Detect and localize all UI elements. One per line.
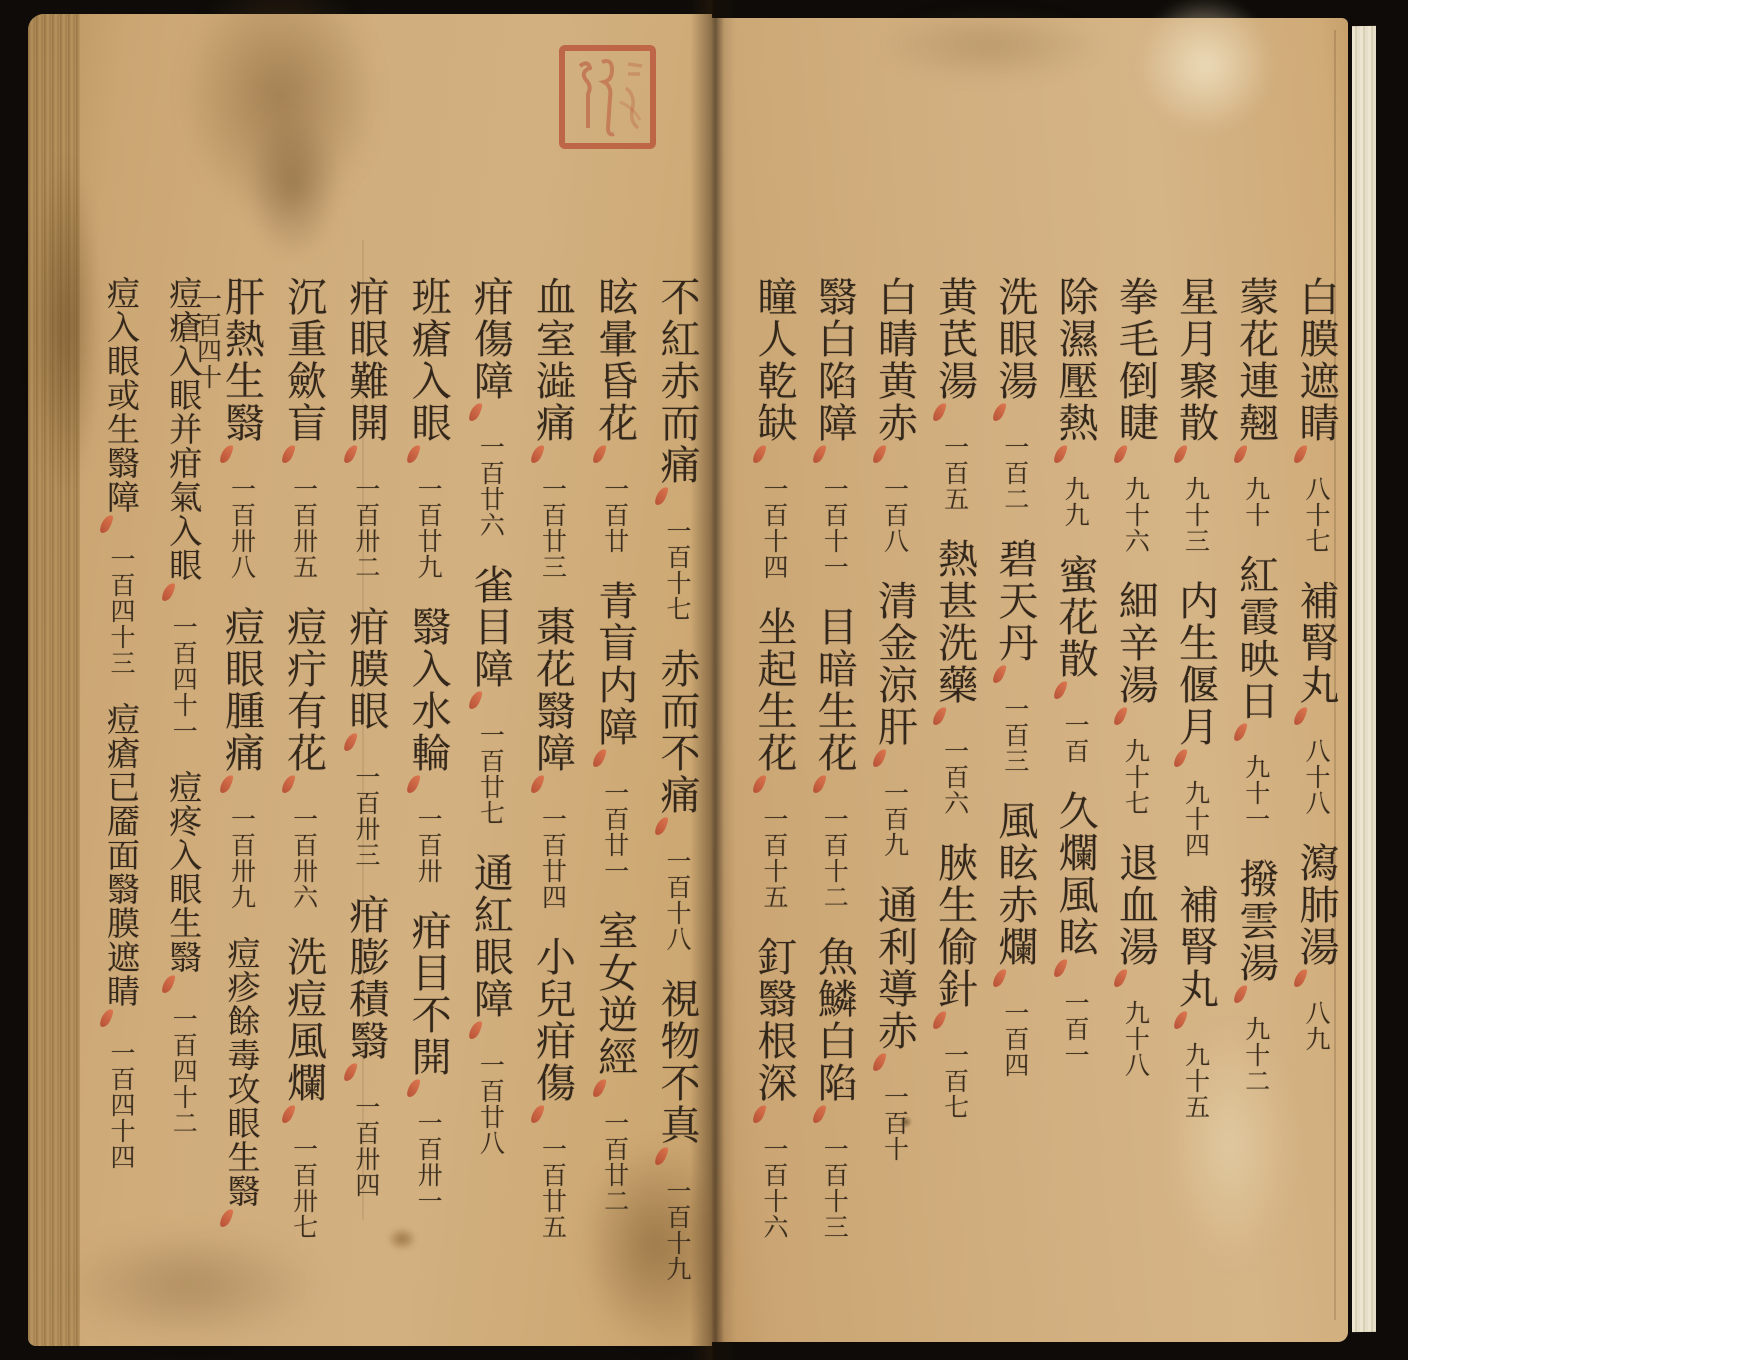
toc-entry-title: 視物不真 [656, 978, 698, 1146]
toc-entry-page-number: 一百廿七 [477, 722, 503, 826]
vermilion-mark-icon [1172, 443, 1189, 465]
vermilion-mark-icon [871, 747, 888, 769]
toc-entry-title: 白睛黄赤 [873, 276, 915, 444]
text-column: 蒙花連翹九十紅霞映日九十一撥雲湯九十二 [1219, 276, 1277, 1356]
toc-entry-title: 棗花翳障 [532, 606, 574, 774]
toc-entry-title: 翳入水輪 [407, 606, 449, 774]
toc-entry-title: 痘瘡已靥面翳膜遮睛 [104, 702, 138, 1008]
toc-entry-page-number: 一百五 [942, 434, 968, 512]
vermilion-mark-icon [1293, 967, 1310, 989]
vermilion-mark-icon [342, 443, 359, 465]
vermilion-mark-icon [1172, 1009, 1189, 1031]
toc-entry-page-number: 九九 [1062, 476, 1088, 528]
vermilion-mark-icon [160, 973, 177, 995]
toc-entry-title: 洗痘風爛 [283, 936, 325, 1104]
vermilion-mark-icon [1112, 705, 1129, 727]
toc-entry-title: 疳目不開 [407, 910, 449, 1078]
toc-entry-page-number: 一百卅二 [353, 476, 379, 580]
toc-entry-page-number: 一百卅八 [228, 476, 254, 580]
toc-entry-title: 補腎丸 [1175, 884, 1217, 1010]
vermilion-mark-icon [342, 731, 359, 753]
toc-entry-title: 班瘡入眼 [407, 276, 449, 444]
vermilion-mark-icon [811, 443, 828, 465]
toc-entry-title: 除濕壓熱 [1054, 276, 1096, 444]
toc-entry-page-number: 九十四 [1183, 780, 1209, 858]
toc-entry-title: 疳膜眼 [345, 606, 387, 732]
vermilion-mark-icon [1293, 443, 1310, 465]
toc-entry-title: 釘翳根深 [753, 936, 795, 1104]
vermilion-mark-icon [654, 485, 671, 507]
toc-entry-title: 魚鱗白陷 [813, 936, 855, 1104]
toc-entry-title: 痘眼腫痛 [220, 606, 262, 774]
toc-entry-page-number: 九十八 [1122, 1000, 1148, 1078]
vermilion-mark-icon [591, 747, 608, 769]
vermilion-mark-icon [467, 689, 484, 711]
toc-entry-title: 通紅眼障 [469, 852, 511, 1020]
vermilion-mark-icon [1052, 679, 1069, 701]
vermilion-mark-icon [1172, 747, 1189, 769]
vermilion-mark-icon [405, 773, 422, 795]
toc-entry-page-number: 一百十五 [761, 806, 787, 910]
toc-entry-page-number: 一百卅四 [353, 1094, 379, 1198]
toc-entry-page-number: 九十三 [1183, 476, 1209, 554]
toc-entry-page-number: 一百十一 [821, 476, 847, 580]
vermilion-mark-icon [811, 1103, 828, 1125]
red-collector-seal-icon [558, 44, 657, 150]
text-column: 班瘡入眼一百廿九翳入水輪一百卅疳目不開一百卅一 [391, 276, 449, 1356]
toc-entry-page-number: 九十二 [1243, 1016, 1269, 1094]
vermilion-mark-icon [405, 1077, 422, 1099]
text-column: 血室澁痛一百廿三棗花翳障一百廿四小兒疳傷一百廿五 [516, 276, 574, 1356]
vermilion-mark-icon [98, 1007, 115, 1029]
toc-entry-page-number: 一百 [1062, 712, 1088, 764]
vermilion-mark-icon [1052, 443, 1069, 465]
toc-entry-title: 痘疹餘毒攻眼生翳 [224, 936, 258, 1208]
toc-entry-page-number: 九十六 [1122, 476, 1148, 554]
toc-entry-page-number: 九十七 [1122, 738, 1148, 816]
vermilion-mark-icon [467, 1019, 484, 1041]
vermilion-mark-icon [529, 443, 546, 465]
text-column: 白膜遮睛八十七補腎丸八十八瀉肺湯八九 [1279, 276, 1337, 1356]
text-column: 疳傷障一百廿六雀目障一百廿七通紅眼障一百廿八 [453, 276, 511, 1356]
vermilion-mark-icon [991, 967, 1008, 989]
vermilion-mark-icon [405, 443, 422, 465]
right-page-toc-columns: 白膜遮睛八十七補腎丸八十八瀉肺湯八九蒙花連翹九十紅霞映日九十一撥雲湯九十二星月聚… [737, 276, 1337, 1356]
toc-entry-page-number: 一百十二 [821, 806, 847, 910]
toc-entry-title: 脥生偷針 [934, 842, 976, 1010]
text-column: 肝熱生翳一百卅八痘眼腫痛一百卅九痘疹餘毒攻眼生翳一百四十 [204, 276, 262, 1356]
toc-entry-page-number: 一百四十 [194, 286, 220, 390]
toc-entry-title: 眩暈昏花 [594, 276, 636, 444]
vermilion-mark-icon [218, 1207, 235, 1229]
vermilion-mark-icon [751, 773, 768, 795]
toc-entry-page-number: 一百十九 [664, 1178, 690, 1282]
toc-entry-page-number: 一百十四 [761, 476, 787, 580]
toc-entry-title: 坐起生花 [753, 606, 795, 774]
toc-entry-page-number: 八九 [1303, 1000, 1329, 1052]
toc-entry-page-number: 一百廿二 [602, 1110, 628, 1214]
toc-entry-page-number: 八十七 [1303, 476, 1329, 554]
toc-entry-title: 沉重歛盲 [283, 276, 325, 444]
vermilion-mark-icon [991, 401, 1008, 423]
vermilion-mark-icon [871, 1051, 888, 1073]
toc-entry-title: 室女逆經 [594, 910, 636, 1078]
vermilion-mark-icon [811, 773, 828, 795]
vermilion-mark-icon [931, 705, 948, 727]
toc-entry-title: 痘入眼或生翳障 [104, 276, 138, 514]
toc-entry-title: 疳傷障 [469, 276, 511, 402]
toc-entry-title: 洗眼湯 [994, 276, 1036, 402]
text-column: 洗眼湯一百二碧天丹一百三風眩赤爛一百四 [978, 276, 1036, 1356]
toc-entry-title: 肝熱生翳 [220, 276, 262, 444]
toc-entry-page-number: 一百廿 [602, 476, 628, 554]
vermilion-mark-icon [529, 773, 546, 795]
toc-entry-page-number: 一百卅一 [415, 1110, 441, 1214]
book-scan-photo: 白膜遮睛八十七補腎丸八十八瀉肺湯八九蒙花連翹九十紅霞映日九十一撥雲湯九十二星月聚… [0, 0, 1408, 1360]
text-column: 眩暈昏花一百廿青盲内障一百廿一室女逆經一百廿二 [578, 276, 636, 1356]
toc-entry-title: 清金涼肝 [873, 580, 915, 748]
left-page-toc-columns: 不紅赤而痛一百十七赤而不痛一百十八視物不真一百十九眩暈昏花一百廿青盲内障一百廿一… [80, 276, 698, 1356]
vermilion-mark-icon [751, 1103, 768, 1125]
vermilion-mark-icon [218, 443, 235, 465]
vermilion-mark-icon [467, 401, 484, 423]
vermilion-mark-icon [1293, 705, 1310, 727]
toc-entry-page-number: 一百四十四 [108, 1040, 134, 1170]
vermilion-mark-icon [218, 773, 235, 795]
toc-entry-title: 痘疔有花 [283, 606, 325, 774]
vermilion-mark-icon [280, 443, 297, 465]
toc-entry-title: 赤而不痛 [656, 648, 698, 816]
toc-entry-title: 紅霞映日 [1235, 554, 1277, 722]
text-column: 不紅赤而痛一百十七赤而不痛一百十八視物不真一百十九 [640, 276, 698, 1356]
toc-entry-title: 白膜遮睛 [1295, 276, 1337, 444]
toc-entry-title: 血室澁痛 [532, 276, 574, 444]
vermilion-mark-icon [591, 443, 608, 465]
toc-entry-title: 蜜花散 [1054, 554, 1096, 680]
toc-entry-title: 黄芪湯 [934, 276, 976, 402]
toc-entry-page-number: 一百廿五 [540, 1136, 566, 1240]
toc-entry-page-number: 一百十七 [664, 518, 690, 622]
toc-entry-page-number: 一百九 [881, 780, 907, 858]
toc-entry-page-number: 一百一 [1062, 990, 1088, 1068]
page-stack-fore-edge [28, 14, 80, 1346]
toc-entry-page-number: 九十一 [1243, 754, 1269, 832]
text-column: 拳毛倒睫九十六細辛湯九十七退血湯九十八 [1098, 276, 1156, 1356]
text-column: 除濕壓熱九九蜜花散一百久爛風眩一百一 [1038, 276, 1096, 1356]
toc-entry-title: 久爛風眩 [1054, 790, 1096, 958]
toc-entry-page-number: 一百卅七 [291, 1136, 317, 1240]
vermilion-mark-icon [1232, 443, 1249, 465]
vermilion-mark-icon [280, 1103, 297, 1125]
vermilion-mark-icon [280, 773, 297, 795]
toc-entry-title: 退血湯 [1114, 842, 1156, 968]
toc-entry-title: 目暗生花 [813, 606, 855, 774]
vermilion-mark-icon [1232, 721, 1249, 743]
vermilion-mark-icon [1052, 957, 1069, 979]
toc-entry-title: 拳毛倒睫 [1114, 276, 1156, 444]
toc-entry-page-number: 一百十 [881, 1084, 907, 1162]
text-column: 星月聚散九十三内生偃月九十四補腎丸九十五 [1159, 276, 1217, 1356]
toc-entry-title: 不紅赤而痛 [656, 276, 698, 486]
vermilion-mark-icon [591, 1077, 608, 1099]
toc-entry-page-number: 八十八 [1303, 738, 1329, 816]
toc-entry-title: 雀目障 [469, 564, 511, 690]
vermilion-mark-icon [342, 1061, 359, 1083]
toc-entry-title: 風眩赤爛 [994, 800, 1036, 968]
vermilion-mark-icon [931, 401, 948, 423]
toc-entry-title: 内生偃月 [1175, 580, 1217, 748]
text-column: 痘入眼或生翳障一百四十三痘瘡已靥面翳膜遮睛一百四十四 [80, 276, 138, 1356]
toc-entry-page-number: 一百四 [1002, 1000, 1028, 1078]
vermilion-mark-icon [1232, 983, 1249, 1005]
toc-entry-page-number: 一百十三 [821, 1136, 847, 1240]
text-column: 痘瘡入眼并疳氣入眼一百四十一痘疼入眼生翳一百四十二 [142, 276, 200, 1356]
vermilion-mark-icon [654, 815, 671, 837]
toc-entry-title: 通利導赤 [873, 884, 915, 1052]
vermilion-mark-icon [751, 443, 768, 465]
toc-entry-title: 熱甚洗藥 [934, 538, 976, 706]
vermilion-mark-icon [871, 443, 888, 465]
toc-entry-title: 瞳人乾缺 [753, 276, 795, 444]
text-column: 瞳人乾缺一百十四坐起生花一百十五釘翳根深一百十六 [737, 276, 795, 1356]
toc-entry-page-number: 一百廿九 [415, 476, 441, 580]
vermilion-mark-icon [1112, 967, 1129, 989]
toc-entry-page-number: 一百卅六 [291, 806, 317, 910]
vermilion-mark-icon [529, 1103, 546, 1125]
toc-entry-title: 疳膨積翳 [345, 894, 387, 1062]
vermilion-mark-icon [98, 513, 115, 535]
vermilion-mark-icon [931, 1009, 948, 1031]
toc-entry-page-number: 一百四十二 [170, 1006, 196, 1136]
toc-entry-title: 星月聚散 [1175, 276, 1217, 444]
toc-entry-page-number: 一百六 [942, 738, 968, 816]
toc-entry-page-number: 一百四十一 [170, 614, 196, 744]
vermilion-mark-icon [1112, 443, 1129, 465]
toc-entry-page-number: 九十 [1243, 476, 1269, 528]
toc-entry-page-number: 一百七 [942, 1042, 968, 1120]
toc-entry-page-number: 一百卅三 [353, 764, 379, 868]
toc-entry-title: 小兒疳傷 [532, 936, 574, 1104]
toc-entry-title: 青盲内障 [594, 580, 636, 748]
toc-entry-page-number: 一百四十三 [108, 546, 134, 676]
vermilion-mark-icon [160, 581, 177, 603]
toc-entry-page-number: 一百卅九 [228, 806, 254, 910]
toc-entry-page-number: 一百十八 [664, 848, 690, 952]
toc-entry-page-number: 一百卅 [415, 806, 441, 884]
text-column: 沉重歛盲一百卅五痘疔有花一百卅六洗痘風爛一百卅七 [267, 276, 325, 1356]
text-column: 疳眼難開一百卅二疳膜眼一百卅三疳膨積翳一百卅四 [329, 276, 387, 1356]
toc-entry-page-number: 一百十六 [761, 1136, 787, 1240]
toc-entry-page-number: 一百廿一 [602, 780, 628, 884]
toc-entry-title: 疳眼難開 [345, 276, 387, 444]
toc-entry-title: 蒙花連翹 [1235, 276, 1277, 444]
toc-entry-page-number: 一百三 [1002, 696, 1028, 774]
vermilion-mark-icon [654, 1145, 671, 1167]
toc-entry-page-number: 一百卅五 [291, 476, 317, 580]
toc-entry-title: 碧天丹 [994, 538, 1036, 664]
vermilion-mark-icon [991, 663, 1008, 685]
toc-entry-title: 翳白陷障 [813, 276, 855, 444]
right-page-edges [1352, 26, 1376, 1332]
toc-entry-title: 瀉肺湯 [1295, 842, 1337, 968]
text-column: 黄芪湯一百五熱甚洗藥一百六脥生偷針一百七 [918, 276, 976, 1356]
toc-entry-page-number: 一百二 [1002, 434, 1028, 512]
text-column: 翳白陷障一百十一目暗生花一百十二魚鱗白陷一百十三 [797, 276, 855, 1356]
toc-entry-title: 補腎丸 [1295, 580, 1337, 706]
toc-entry-page-number: 一百廿八 [477, 1052, 503, 1156]
toc-entry-page-number: 一百廿六 [477, 434, 503, 538]
toc-entry-page-number: 一百廿三 [540, 476, 566, 580]
toc-entry-title: 撥雲湯 [1235, 858, 1277, 984]
toc-entry-title: 痘疼入眼生翳 [166, 770, 200, 974]
toc-entry-page-number: 一百八 [881, 476, 907, 554]
toc-entry-page-number: 一百廿四 [540, 806, 566, 910]
toc-entry-page-number: 九十五 [1183, 1042, 1209, 1120]
text-column: 白睛黄赤一百八清金涼肝一百九通利導赤一百十 [857, 276, 915, 1356]
toc-entry-title: 細辛湯 [1114, 580, 1156, 706]
